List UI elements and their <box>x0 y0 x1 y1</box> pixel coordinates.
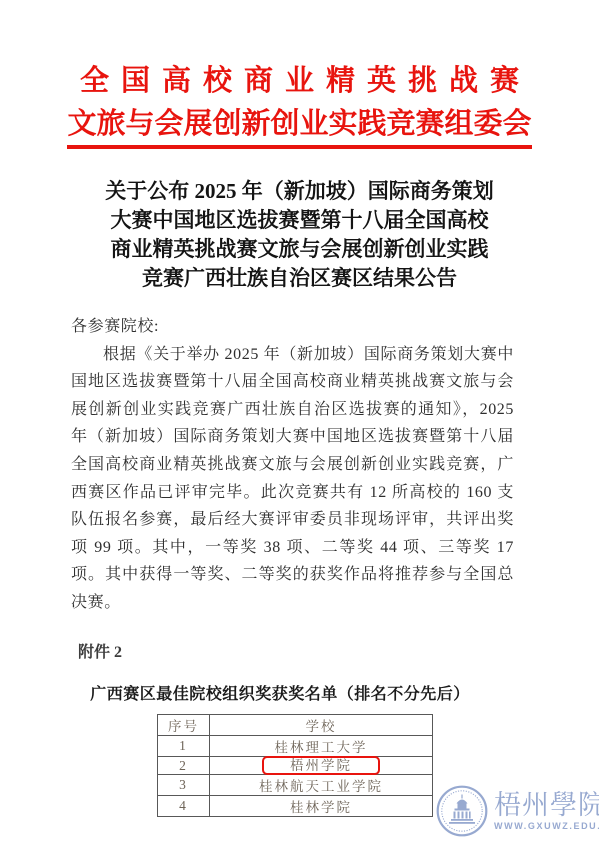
org-header-line2: 文旅与会展创新创业实践竞赛组委会 <box>67 101 531 149</box>
row-school: 桂林学院 <box>210 796 433 817</box>
table-row: 3 桂林航天工业学院 <box>158 775 433 796</box>
university-emblem-icon <box>436 785 488 837</box>
award-table: 序号 学校 1 桂林理工大学 2 梧州学院 3 桂林航天工业学院 4 桂林学院 <box>157 714 433 817</box>
row-school: 桂林理工大学 <box>210 736 433 757</box>
document-title-line4: 竞赛广西壮族自治区赛区结果公告 <box>60 264 539 293</box>
document-title: 关于公布 2025 年（新加坡）国际商务策划 大赛中国地区选拔赛暨第十八届全国高… <box>60 177 539 293</box>
body-paragraph: 根据《关于举办 2025 年（新加坡）国际商务策划大赛中国地区选拔赛暨第十八届全… <box>71 341 514 617</box>
header-cell-school: 学校 <box>210 715 433 736</box>
university-name: 梧州學院 <box>494 792 599 819</box>
watermark-text: 梧州學院 WWW.GXUWZ.EDU.CN <box>494 785 599 831</box>
row-school: 桂林航天工业学院 <box>210 775 433 796</box>
document-body: 各参赛院校: 根据《关于举办 2025 年（新加坡）国际商务策划大赛中国地区选拔… <box>71 313 514 617</box>
document-title-line2: 大赛中国地区选拔赛暨第十八届全国高校 <box>60 206 539 235</box>
salutation: 各参赛院校: <box>71 313 514 341</box>
row-no: 4 <box>158 796 210 817</box>
org-header-line1: 全国高校商业精英挑战赛 <box>0 58 599 99</box>
university-url: WWW.GXUWZ.EDU.CN <box>494 821 599 831</box>
table-header-row: 序号 学校 <box>158 715 433 736</box>
red-highlight-box: 梧州学院 <box>262 756 380 775</box>
header-cell-no: 序号 <box>158 715 210 736</box>
document-title-line3: 商业精英挑战赛文旅与会展创新创业实践 <box>60 235 539 264</box>
table-row: 2 梧州学院 <box>158 757 433 775</box>
org-header-line2-wrap: 文旅与会展创新创业实践竞赛组委会 <box>0 101 599 149</box>
announcement-document: { "header": { "line1": "全国高校商业精英挑战赛", "l… <box>0 0 599 841</box>
award-table-title: 广西赛区最佳院校组织奖获奖名单（排名不分先后） <box>0 681 560 704</box>
table-row: 4 桂林学院 <box>158 796 433 817</box>
university-watermark: 梧州學院 WWW.GXUWZ.EDU.CN <box>436 785 599 837</box>
table-row: 1 桂林理工大学 <box>158 736 433 757</box>
row-no: 3 <box>158 775 210 796</box>
row-no: 1 <box>158 736 210 757</box>
row-school-text: 梧州学院 <box>290 758 352 773</box>
row-school: 梧州学院 <box>210 757 433 775</box>
document-title-line1: 关于公布 2025 年（新加坡）国际商务策划 <box>60 177 539 206</box>
row-no: 2 <box>158 757 210 775</box>
attachment-label: 附件 2 <box>78 639 122 662</box>
